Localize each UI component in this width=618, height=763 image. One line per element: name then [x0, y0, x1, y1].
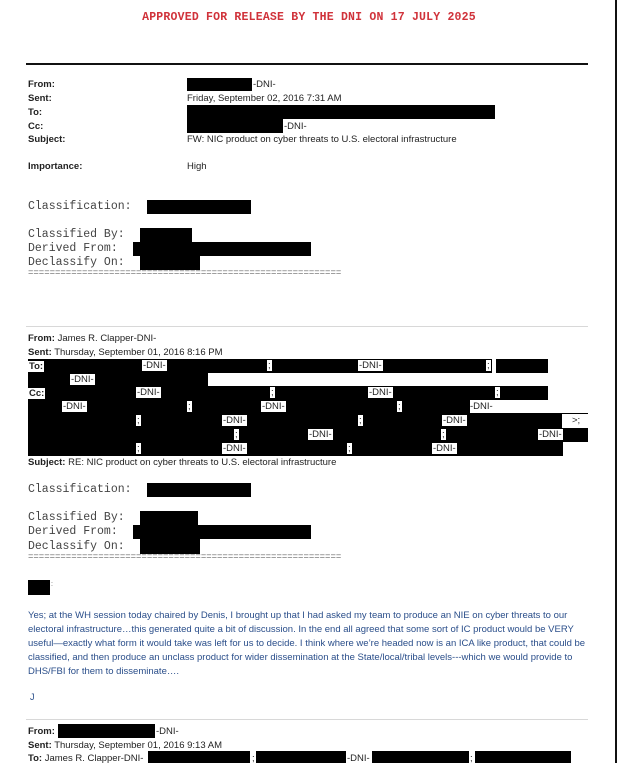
dni-tag: -DNI-	[432, 443, 457, 454]
from-value: James R. Clapper-DNI-	[58, 333, 157, 344]
redaction	[28, 386, 548, 400]
semicolon: ;	[397, 401, 402, 412]
dni-tag: -DNI-	[261, 401, 286, 412]
subject-line: Subject: RE: NIC product on cyber threat…	[28, 457, 336, 468]
semicolon: ;	[495, 387, 500, 398]
sent-value: Friday, September 02, 2016 7:31 AM	[187, 93, 342, 104]
dni-tag: -DNI-	[222, 443, 247, 454]
dni-tag: -DNI-	[368, 387, 393, 398]
release-banner: APPROVED FOR RELEASE BY THE DNI ON 17 JU…	[0, 11, 618, 24]
dni-tag: -DNI-	[62, 401, 87, 412]
dni-tag: -DNI-	[442, 415, 467, 426]
semicolon: ;	[347, 443, 352, 454]
dni-tag: -DNI-	[70, 374, 95, 385]
redaction	[140, 511, 198, 526]
email-divider	[26, 719, 588, 720]
subject-label: Subject:	[28, 134, 65, 145]
semicolon: ;	[486, 360, 491, 371]
subject-value: FW: NIC product on cyber threats to U.S.…	[187, 134, 457, 145]
redaction	[187, 105, 495, 119]
importance-value: High	[187, 161, 207, 172]
redaction	[256, 751, 346, 763]
dni-tag: -DNI-	[136, 387, 161, 398]
dni-tag: -DNI-	[358, 360, 383, 371]
derived-from-label: Derived From:	[28, 242, 118, 255]
semicolon: ;	[252, 753, 255, 763]
header-rule	[26, 63, 588, 65]
separator: ========================================…	[28, 552, 341, 562]
redaction	[58, 724, 155, 738]
to-value: James R. Clapper-DNI-	[45, 753, 144, 763]
subject-value: RE: NIC product on cyber threats to U.S.…	[68, 457, 336, 468]
redaction	[133, 242, 311, 256]
redaction	[147, 483, 251, 497]
semicolon: ;	[267, 360, 272, 371]
redaction	[28, 580, 50, 595]
dni-tag: -DNI-	[142, 360, 167, 371]
semicolon: ;	[470, 753, 473, 763]
semicolon: ;	[234, 429, 239, 440]
sent-label: Sent:	[28, 93, 52, 104]
sent-line: Sent: Thursday, September 01, 2016 8:16 …	[28, 347, 223, 358]
redaction	[133, 525, 311, 539]
to-line: To: James R. Clapper-DNI-	[28, 753, 143, 763]
derived-from-label: Derived From:	[28, 525, 118, 538]
redaction	[28, 359, 208, 387]
semicolon: ;	[270, 387, 275, 398]
sent-line: Sent: Thursday, September 01, 2016 9:13 …	[28, 740, 222, 751]
semicolon: ;	[441, 429, 446, 440]
email-body: Yes; at the WH session today chaired by …	[28, 609, 593, 679]
dni-tag: -DNI-	[222, 415, 247, 426]
classification-label: Classification:	[28, 200, 132, 213]
classified-by-label: Classified By:	[28, 228, 125, 241]
email-divider	[26, 326, 588, 327]
cc-label: Cc:	[28, 121, 43, 132]
dni-tag: -DNI-	[308, 429, 333, 440]
importance-label: Importance:	[28, 161, 82, 172]
sent-value: Thursday, September 01, 2016 9:13 AM	[54, 740, 222, 751]
redaction	[147, 200, 251, 214]
end-bracket: >;	[572, 415, 580, 426]
salutation-suffix: :	[51, 581, 53, 588]
redaction	[187, 78, 252, 91]
from-value: -DNI-	[156, 726, 179, 737]
cc-label: Cc:	[28, 388, 45, 399]
semicolon: ;	[136, 443, 141, 454]
page-border	[615, 0, 617, 763]
semicolon: ;	[358, 415, 363, 426]
cc-value: -DNI-	[284, 121, 307, 132]
from-label: From:	[28, 79, 55, 90]
semicolon: ;	[187, 401, 192, 412]
to-label: To:	[28, 107, 42, 118]
semicolon: ;	[136, 415, 141, 426]
separator: ========================================…	[28, 268, 341, 278]
dni-tag: -DNI-	[347, 753, 370, 763]
redaction	[475, 751, 571, 763]
from-line: From: James R. Clapper-DNI-	[28, 333, 156, 344]
dni-tag: -DNI-	[538, 429, 563, 440]
redaction	[140, 228, 192, 243]
signature: J	[30, 692, 35, 702]
from-value: -DNI-	[253, 79, 276, 90]
sent-value: Thursday, September 01, 2016 8:16 PM	[54, 347, 222, 358]
to-label: To:	[28, 361, 44, 372]
classified-by-label: Classified By:	[28, 511, 125, 524]
from-label: From:	[28, 726, 55, 737]
classification-label: Classification:	[28, 483, 132, 496]
redaction	[372, 751, 469, 763]
redaction	[148, 751, 250, 763]
dni-tag: -DNI-	[470, 401, 493, 412]
redaction	[187, 118, 283, 133]
